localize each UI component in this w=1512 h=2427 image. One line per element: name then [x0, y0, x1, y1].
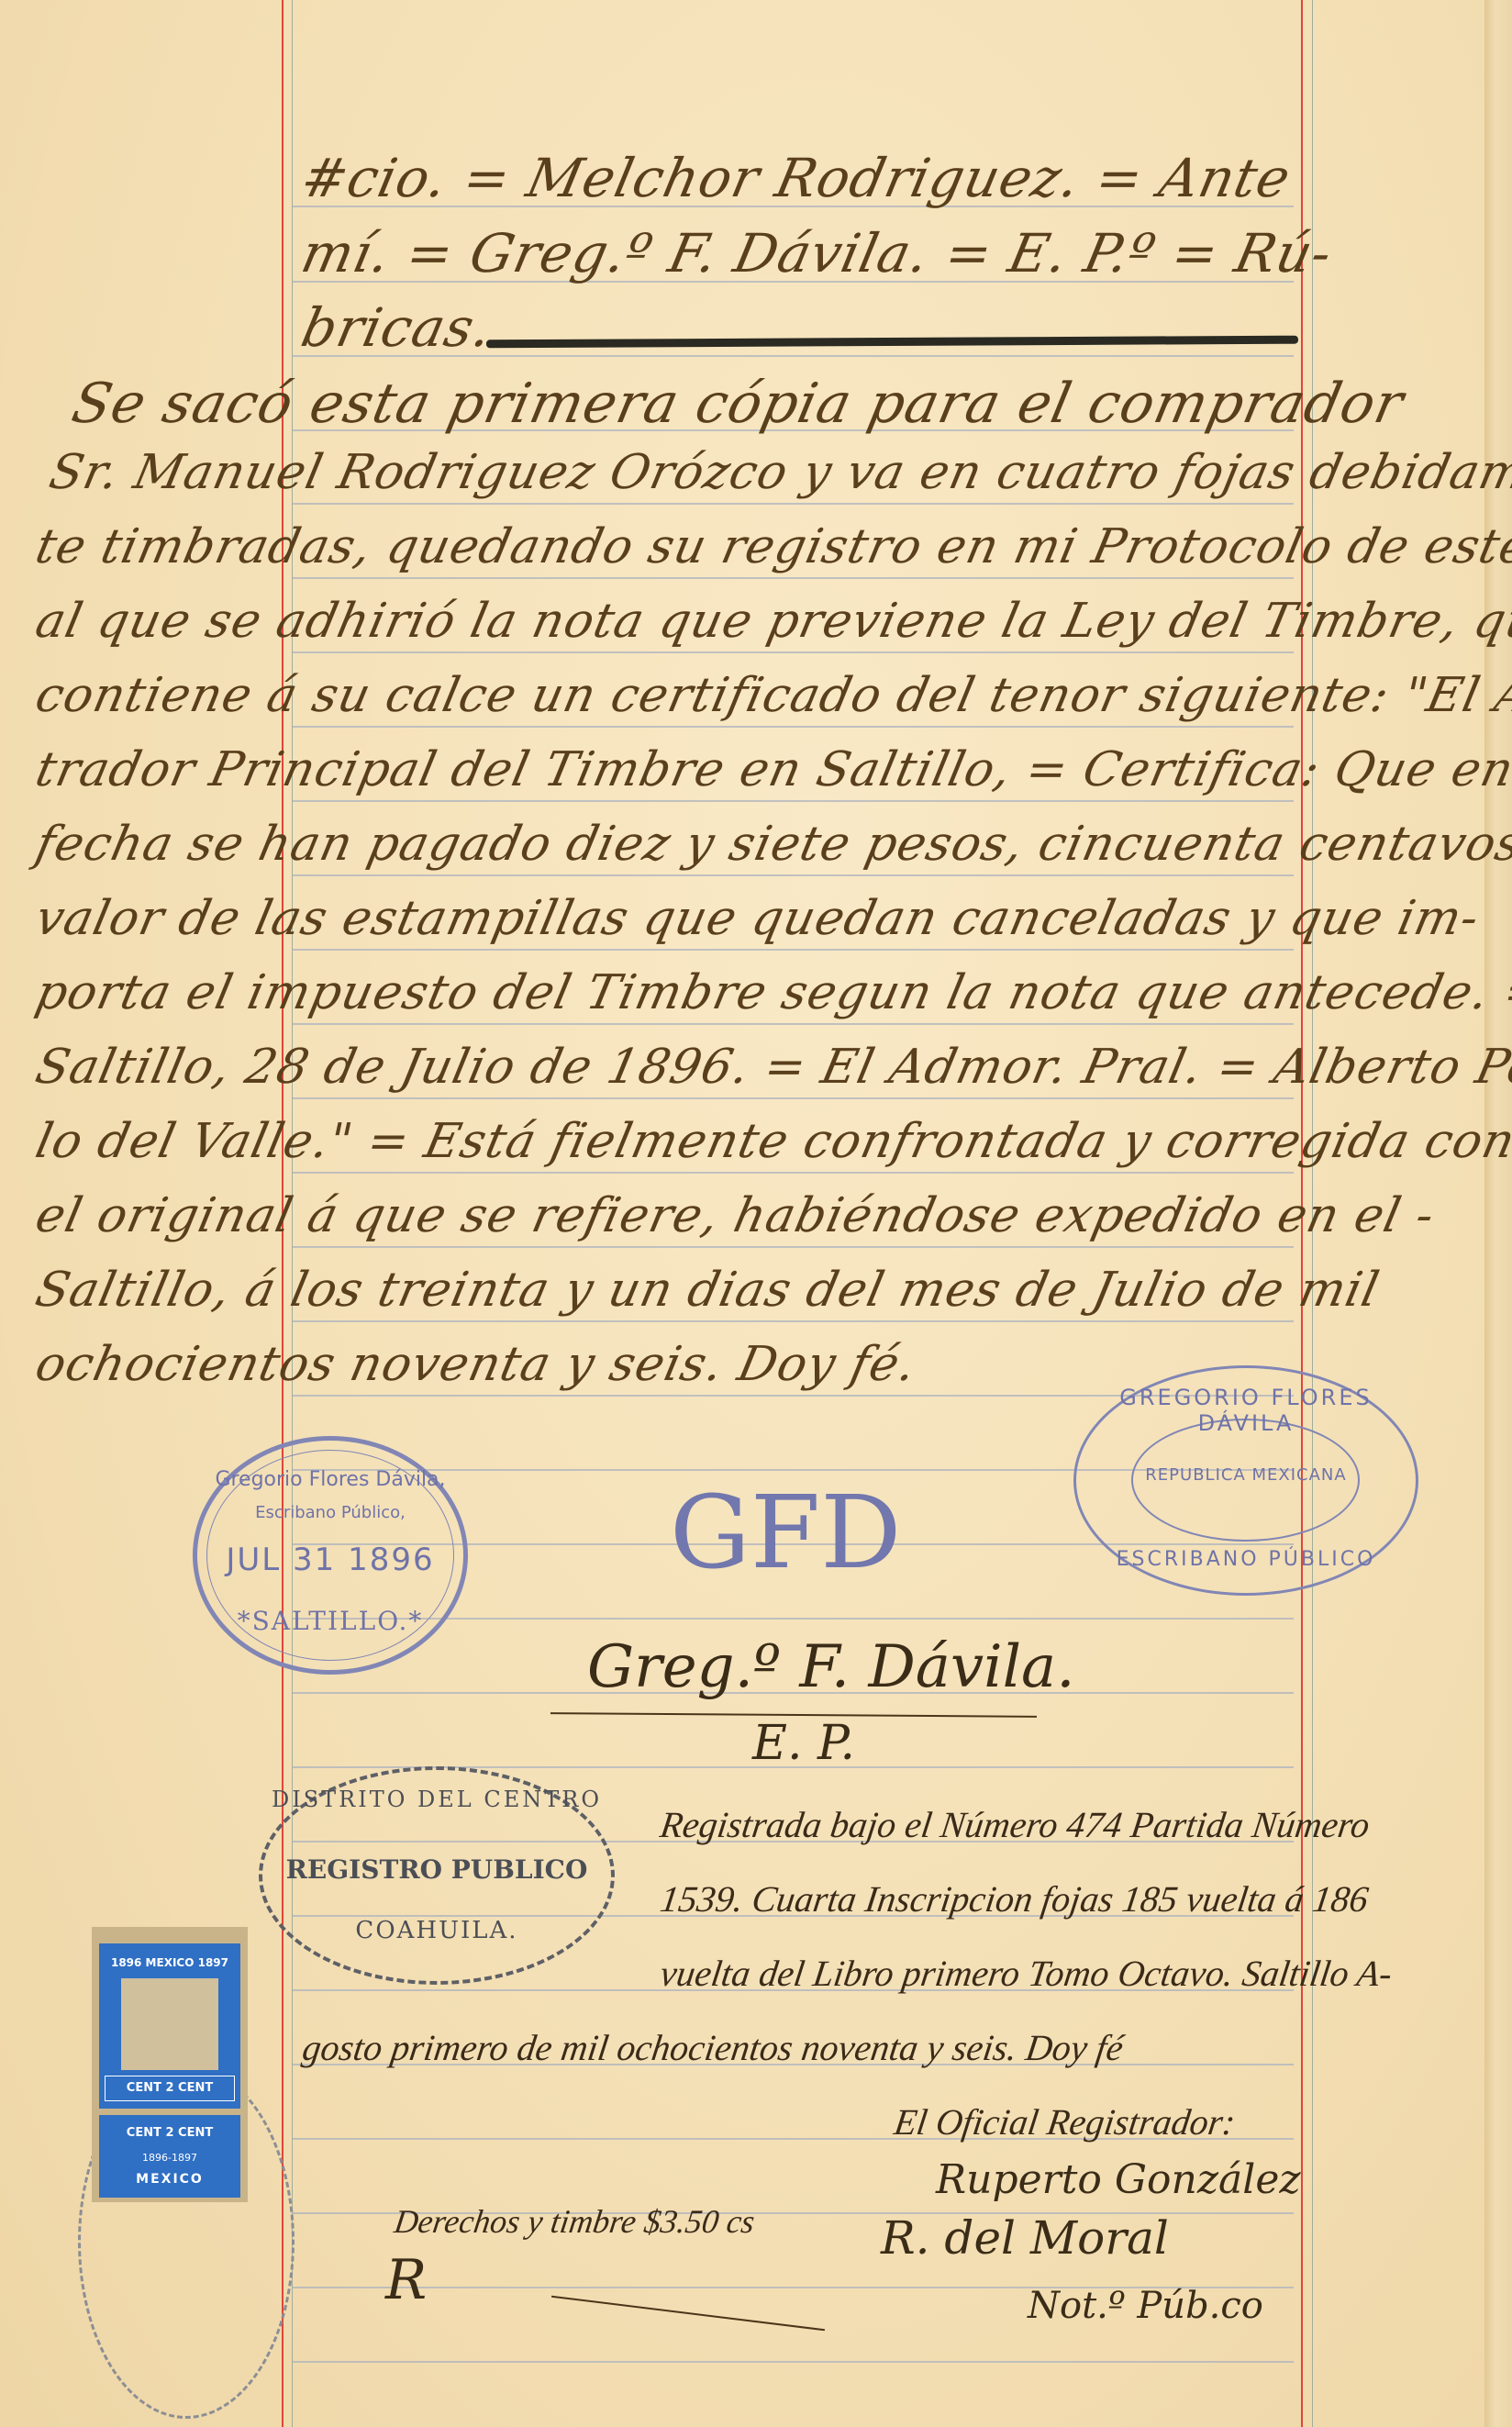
talon-years: 1896-1897 — [99, 2152, 240, 2164]
body-line-14: ochocientos noventa y seis. Doy fé. — [31, 1337, 921, 1392]
revenue-stamp-talon: CENT 2 CENT 1896-1897 MEXICO — [99, 2115, 240, 2198]
talon-country: MEXICO — [99, 2172, 240, 2187]
registry-seal-top: DISTRITO DEL CENTRO — [262, 1787, 611, 1812]
talon-value: CENT 2 CENT — [99, 2126, 240, 2140]
continued-line-3: bricas. — [296, 296, 498, 359]
body-line-1: Se sacó esta primera cópia para el compr… — [67, 372, 1410, 436]
notary-date-stamp-date: JUL 31 1896 — [197, 1542, 463, 1578]
continued-line-1: #cio. = Melchor Rodriguez. = Ante — [296, 147, 1296, 209]
revenue-stamp: 1896 MEXICO 1897 CENT 2 CENT CENT 2 CENT… — [92, 1927, 248, 2202]
notary-date-stamp: Gregorio Flores Dávila, Escribano Públic… — [193, 1436, 468, 1675]
body-line-4: al que se adhirió la nota que previene l… — [31, 594, 1512, 649]
registry-seal-bottom: COAHUILA. — [262, 1917, 611, 1944]
registry-line-4: gosto primero de mil ochocientos noventa… — [300, 2026, 1126, 2069]
registry-seal-center: REGISTRO PUBLICO — [262, 1854, 611, 1885]
body-line-10: Saltillo, 28 de Julio de 1896. = El Admo… — [31, 1040, 1512, 1095]
notary-seal: GREGORIO FLORES DÁVILA REPUBLICA MEXICAN… — [1073, 1365, 1418, 1596]
notary-seal-outer: GREGORIO FLORES DÁVILA — [1076, 1385, 1416, 1436]
body-line-3: te timbradas, quedando su registro en mi… — [31, 519, 1512, 574]
body-line-2: Sr. Manuel Rodriguez Orózco y va en cuat… — [45, 445, 1512, 500]
notary-seal-bottom: ESCRIBANO PÚBLICO — [1076, 1548, 1416, 1571]
page-edge — [1484, 0, 1512, 2427]
notary-date-stamp-place: *SALTILLO.* — [197, 1606, 463, 1636]
revenue-stamp-years: 1896 MEXICO 1897 — [99, 1956, 240, 1969]
body-line-8: valor de las estampillas que quedan canc… — [31, 891, 1484, 946]
body-line-9: porta el impuesto del Timbre segun la no… — [31, 965, 1512, 1020]
revenue-stamp-main: 1896 MEXICO 1897 CENT 2 CENT — [99, 1943, 240, 2109]
allegory-figure-icon — [121, 1978, 218, 2070]
notary-title: E. P. — [752, 1716, 855, 1771]
second-signature-title: Not.º Púb.co — [1028, 2285, 1263, 2327]
body-line-13: Saltillo, á los treinta y un dias del me… — [31, 1263, 1384, 1318]
revenue-stamp-value: CENT 2 CENT — [105, 2076, 235, 2101]
rubric-signature: R — [385, 2248, 427, 2312]
notary-signature: Greg.º F. Dávila. — [587, 1633, 1075, 1701]
fees-line: Derechos y timbre $3.50 cs — [392, 2202, 757, 2241]
registry-line-3: vuelta del Libro primero Tomo Octavo. Sa… — [658, 1952, 1395, 1995]
registry-line-2: 1539. Cuarta Inscripcion fojas 185 vuelt… — [658, 1877, 1372, 1920]
registrar-label: El Oficial Registrador: — [892, 2100, 1239, 2143]
body-line-6: trador Principal del Timbre en Saltillo,… — [31, 742, 1512, 797]
second-signature: R. del Moral — [881, 2211, 1169, 2265]
notary-date-stamp-name: Gregorio Flores Dávila, — [197, 1468, 463, 1491]
body-line-5: contiene á su calce un certificado del t… — [31, 668, 1512, 723]
continued-line-2: mí. = Greg.º F. Dávila. = E. P.º = Rú- — [296, 222, 1338, 284]
notary-date-stamp-title: Escribano Público, — [197, 1503, 463, 1522]
body-line-7: fecha se han pagado diez y siete pesos, … — [31, 817, 1512, 872]
notary-seal-center: REPUBLICA MEXICANA — [1076, 1465, 1416, 1485]
registrar-signature: Ruperto González — [936, 2156, 1301, 2203]
registry-line-1: Registrada bajo el Número 474 Partida Nú… — [658, 1803, 1373, 1846]
body-line-11: lo del Valle." = Está fielmente confront… — [31, 1114, 1512, 1169]
monogram-seal-icon: GFD — [670, 1459, 780, 1606]
registry-seal: DISTRITO DEL CENTRO REGISTRO PUBLICO COA… — [259, 1766, 615, 1985]
body-line-12: el original á que se refiere, habiéndose… — [31, 1188, 1440, 1243]
